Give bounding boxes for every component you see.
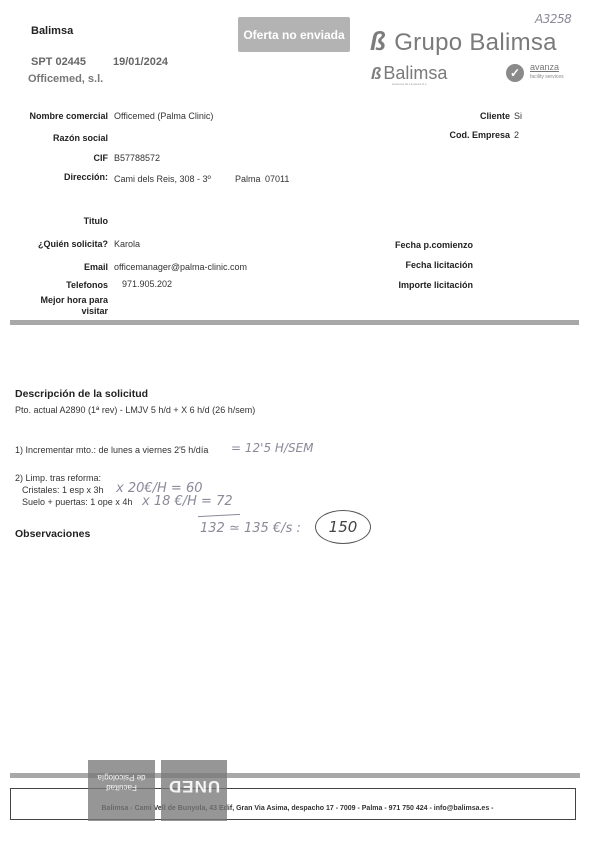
balimsa-b-icon: ß: [371, 64, 381, 83]
description-item2-title: 2) Limp. tras reforma:: [15, 473, 101, 483]
balimsa-logo: ßBalimsa: [371, 63, 447, 84]
label-cliente: Cliente: [390, 111, 510, 121]
label-email: Email: [8, 262, 108, 272]
value-direccion-street: Cami dels Reis, 308 - 3º: [114, 174, 211, 184]
description-title: Descripción de la solicitud: [15, 388, 148, 400]
avanza-logo-subtitle: facility services: [530, 74, 564, 80]
status-badge: Oferta no enviada: [238, 17, 350, 52]
label-titulo: Titulo: [8, 216, 108, 226]
label-razon-social: Razón social: [8, 133, 108, 143]
stamp-faculty-line1: Facultad: [88, 782, 155, 792]
label-fecha-comienzo: Fecha p.comienzo: [353, 240, 473, 250]
value-nombre-comercial: Officemed (Palma Clinic): [114, 111, 213, 121]
value-cliente: Si: [514, 111, 522, 121]
value-cod-empresa: 2: [514, 130, 519, 140]
label-quien-solicita: ¿Quién solicita?: [8, 239, 108, 249]
spt-number: SPT 02445: [31, 56, 86, 68]
handwritten-sum-line: [198, 514, 240, 517]
description-item2-line2: Suelo + puertas: 1 ope x 4h: [22, 497, 132, 507]
observaciones-title: Observaciones: [15, 528, 90, 540]
grupo-logo-text: Grupo Balimsa: [394, 29, 557, 56]
check-icon: ✓: [506, 64, 524, 82]
handwritten-note-suelo: x 18 €/H = 72: [142, 494, 233, 509]
value-telefonos: 971.905.202: [122, 279, 172, 289]
grupo-balimsa-logo: ßGrupo Balimsa: [370, 26, 557, 57]
label-mejor-hora-line1: Mejor hora para: [8, 295, 108, 306]
description-item2-line1: Cristales: 1 esp x 3h: [22, 485, 104, 495]
balimsa-logo-subtitle: Gestores de Limpieza S.L.: [392, 82, 427, 86]
balimsa-b-icon: ß: [370, 26, 386, 56]
uned-logo-text: UNED: [161, 776, 227, 796]
handwritten-total-note: 132 ≃ 135 €/s :: [200, 521, 301, 536]
label-nombre-comercial: Nombre comercial: [8, 111, 108, 121]
description-line1: Pto. actual A2890 (1ª rev) - LMJV 5 h/d …: [15, 405, 255, 415]
value-quien-solicita: Karola: [114, 239, 140, 249]
label-cod-empresa: Cod. Empresa: [390, 130, 510, 140]
value-email: officemanager@palma-clinic.com: [114, 262, 247, 272]
label-mejor-hora-line2: visitar: [8, 306, 108, 317]
label-importe-licitacion: Importe licitación: [353, 280, 473, 290]
uned-stamp-faculty: Facultad de Psicología: [88, 760, 155, 821]
handwritten-reference: A3258: [535, 12, 571, 26]
value-direccion-postal: 07011: [265, 174, 289, 184]
company-name: Balimsa: [31, 25, 73, 37]
stamp-faculty-line2: de Psicología: [88, 772, 155, 782]
label-direccion: Dirección:: [8, 172, 108, 182]
label-mejor-hora: Mejor hora para visitar: [8, 295, 108, 317]
value-cif: B57788572: [114, 153, 160, 163]
handwritten-circled-total: 150: [315, 510, 371, 544]
label-telefonos: Telefonos: [8, 280, 108, 290]
avanza-logo-name: avanza: [530, 62, 559, 72]
section-divider: [10, 320, 579, 325]
description-item1: 1) Incrementar mto.: de lunes a viernes …: [15, 445, 208, 455]
request-date: 19/01/2024: [113, 56, 168, 68]
handwritten-note-item1: = 12'5 H/SEM: [231, 441, 314, 455]
client-legal-name: Officemed, s.l.: [28, 73, 103, 85]
uned-stamp-faculty-text: Facultad de Psicología: [88, 772, 155, 792]
label-fecha-licitacion: Fecha licitación: [353, 260, 473, 270]
avanza-logo: ✓ avanza facility services: [506, 62, 570, 86]
value-direccion-city: Palma: [235, 174, 261, 184]
uned-stamp-logo: UNED: [161, 760, 227, 821]
label-cif: CIF: [8, 153, 108, 163]
balimsa-logo-text: Balimsa: [383, 63, 447, 83]
